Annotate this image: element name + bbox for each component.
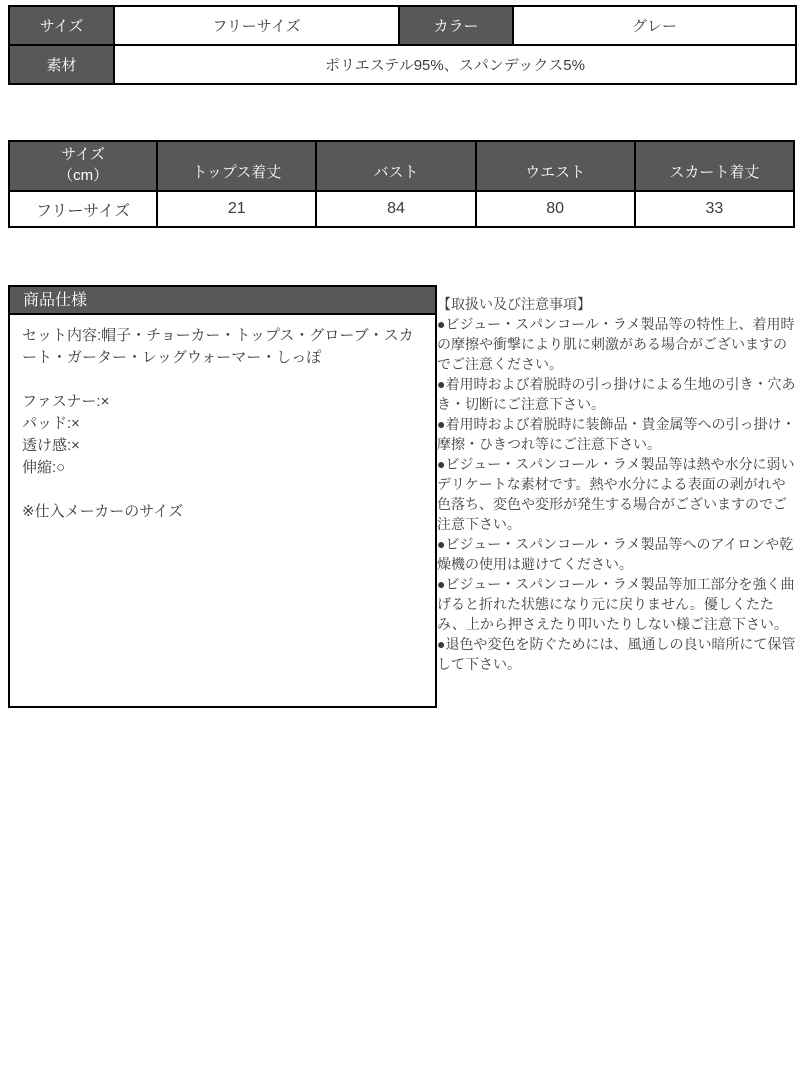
header-tops-length: トップス着丈 <box>157 141 316 191</box>
product-detail-page: サイズ フリーサイズ カラー グレー 素材 ポリエステル95%、スパンデックス5… <box>0 0 800 1067</box>
product-spec-body: セット内容:帽子・チョーカー・トップス・グローブ・スカート・ガーター・レッグウォ… <box>10 315 435 523</box>
table-header-row: サイズ （cm） トップス着丈 バスト ウエスト スカート着丈 <box>9 141 794 191</box>
table-row: フリーサイズ 21 84 80 33 <box>9 191 794 227</box>
header-bust: バスト <box>316 141 475 191</box>
cell-waist: 80 <box>476 191 635 227</box>
detail-stretch: 伸縮:○ <box>22 457 421 479</box>
handling-notes-title: 【取扱い及び注意事項】 <box>437 294 797 314</box>
handling-note-item: ●退色や変色を防ぐためには、風通しの良い暗所にて保管して下さい。 <box>437 634 797 674</box>
color-label-cell: カラー <box>399 6 513 45</box>
handling-note-item: ●ビジュー・スパンコール・ラメ製品等は熱や水分に弱いデリケートな素材です。熱や水… <box>437 454 797 534</box>
handling-note-item: ●着用時および着脱時の引っ掛けによる生地の引き・穴あき・切断にご注意下さい。 <box>437 374 797 414</box>
handling-note-item: ●ビジュー・スパンコール・ラメ製品等へのアイロンや乾燥機の使用は避けてください。 <box>437 534 797 574</box>
cell-tops-length: 21 <box>157 191 316 227</box>
product-spec-box: 商品仕様 セット内容:帽子・チョーカー・トップス・グローブ・スカート・ガーター・… <box>8 285 437 708</box>
measurements-table: サイズ （cm） トップス着丈 バスト ウエスト スカート着丈 フリーサイズ 2… <box>8 140 795 228</box>
header-waist: ウエスト <box>476 141 635 191</box>
table-row: 素材 ポリエステル95%、スパンデックス5% <box>9 45 796 84</box>
size-value-cell: フリーサイズ <box>114 6 399 45</box>
material-value-cell: ポリエステル95%、スパンデックス5% <box>114 45 796 84</box>
table-row: サイズ フリーサイズ カラー グレー <box>9 6 796 45</box>
detail-fastener: ファスナー:× <box>22 391 421 413</box>
cell-skirt-length: 33 <box>635 191 794 227</box>
cell-size-name: フリーサイズ <box>9 191 157 227</box>
size-color-material-table: サイズ フリーサイズ カラー グレー 素材 ポリエステル95%、スパンデックス5… <box>8 5 797 85</box>
size-label-cell: サイズ <box>9 6 114 45</box>
material-label-cell: 素材 <box>9 45 114 84</box>
set-contents-text: セット内容:帽子・チョーカー・トップス・グローブ・スカート・ガーター・レッグウォ… <box>22 325 421 369</box>
handling-note-item: ●ビジュー・スパンコール・ラメ製品等の特性上、着用時の摩擦や衝撃により肌に刺激が… <box>437 314 797 374</box>
handling-note-item: ●ビジュー・スパンコール・ラメ製品等加工部分を強く曲げると折れた状態になり元に戻… <box>437 574 797 634</box>
header-size-cm: サイズ （cm） <box>9 141 157 191</box>
handling-notes: 【取扱い及び注意事項】 ●ビジュー・スパンコール・ラメ製品等の特性上、着用時の摩… <box>437 294 797 674</box>
detail-sheerness: 透け感:× <box>22 435 421 457</box>
color-value-cell: グレー <box>513 6 796 45</box>
cell-bust: 84 <box>316 191 475 227</box>
handling-note-item: ●着用時および着脱時に装飾品・貴金属等への引っ掛け・摩擦・ひきつれ等にご注意下さ… <box>437 414 797 454</box>
product-spec-title: 商品仕様 <box>10 287 435 315</box>
supplier-size-note: ※仕入メーカーのサイズ <box>22 501 421 523</box>
header-skirt-length: スカート着丈 <box>635 141 794 191</box>
detail-pad: パッド:× <box>22 413 421 435</box>
